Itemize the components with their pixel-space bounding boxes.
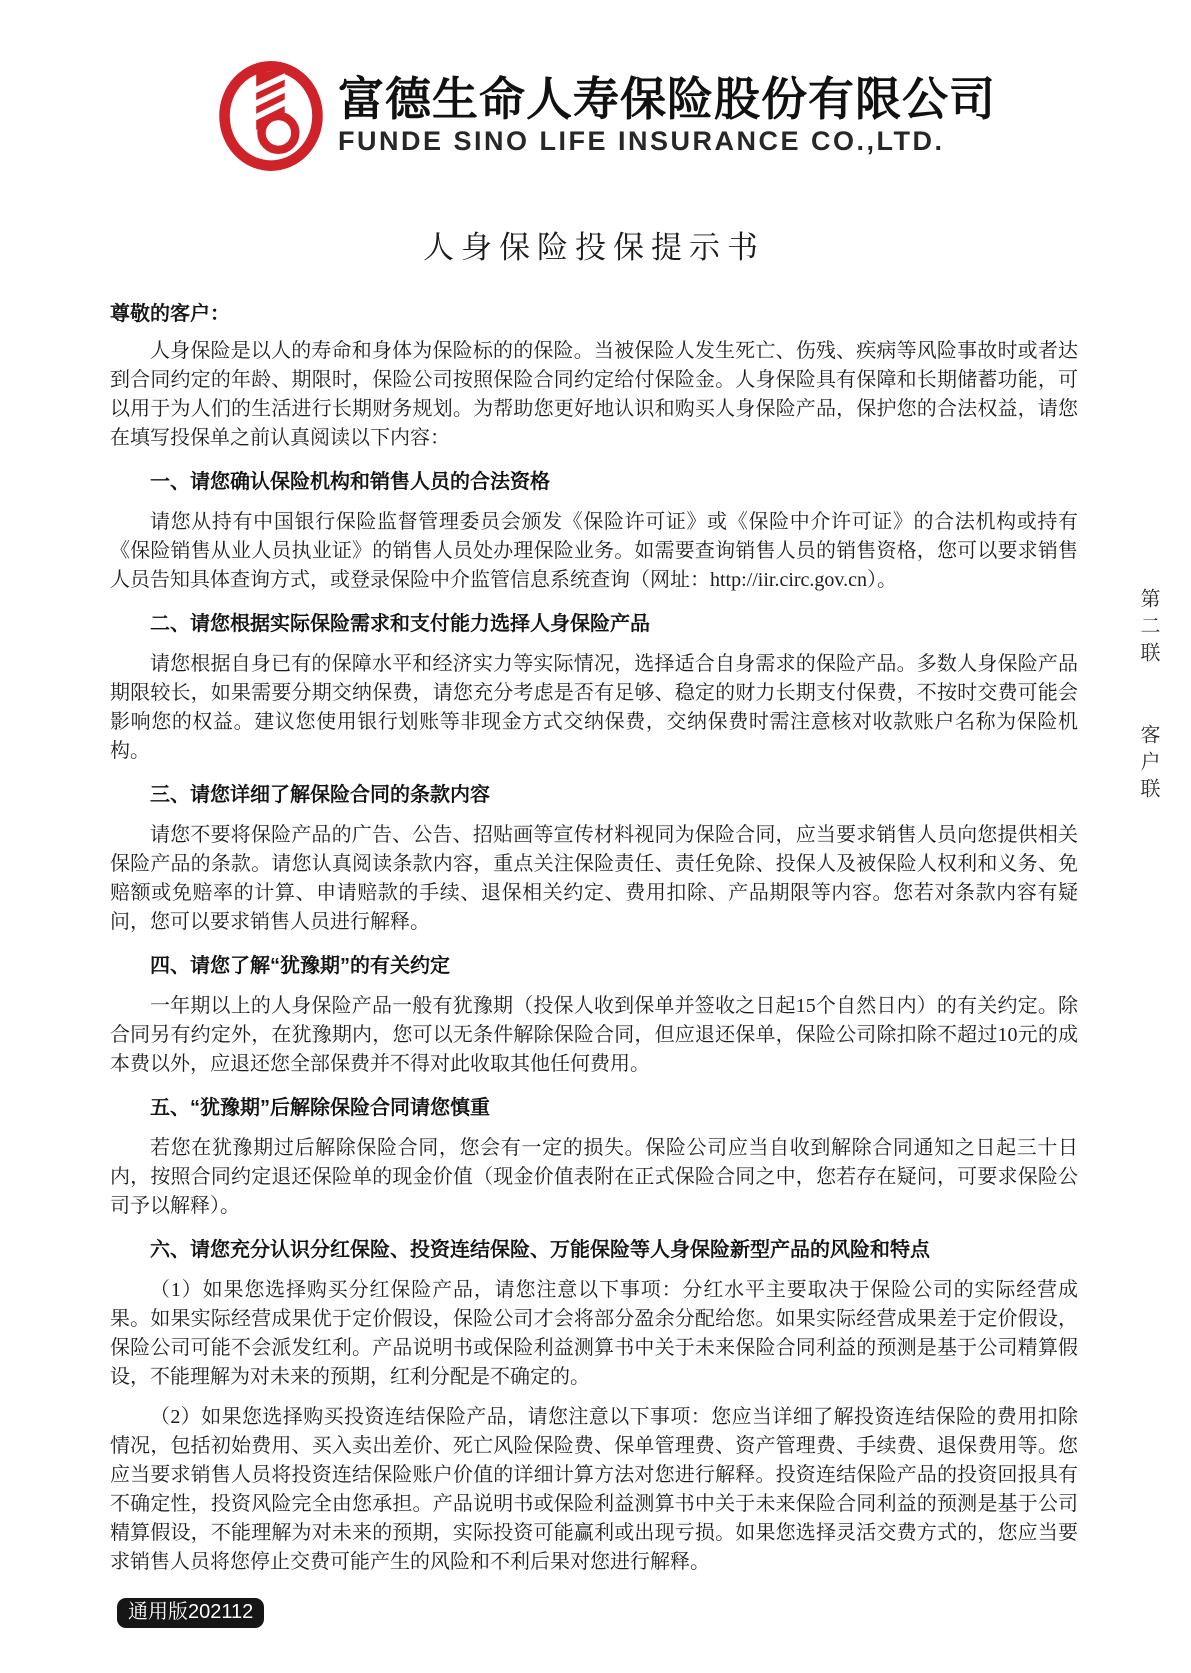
copy-label-part1: 第二联 bbox=[1137, 588, 1159, 669]
intro-paragraph: 人身保险是以人的寿命和身体为保险标的的保险。当被保险人发生死亡、伤残、疾病等风险… bbox=[110, 337, 1078, 453]
section-2-heading: 二、请您根据实际保险需求和支付能力选择人身保险产品 bbox=[110, 610, 1078, 639]
section-6-paragraph-2: （2）如果您选择购买投资连结保险产品，请您注意以下事项：您应当详细了解投资连结保… bbox=[110, 1403, 1078, 1577]
section-1-paragraph: 请您从持有中国银行保险监督管理委员会颁发《保险许可证》或《保险中介许可证》的合法… bbox=[110, 508, 1078, 595]
copy-label-part2: 客户联 bbox=[1137, 724, 1159, 805]
document-title: 人身保险投保提示书 bbox=[110, 222, 1078, 267]
section-4-heading: 四、请您了解“犹豫期”的有关约定 bbox=[110, 952, 1078, 981]
letterhead: 富德生命人寿保险股份有限公司 FUNDE SINO LIFE INSURANCE… bbox=[218, 60, 1078, 172]
funde-sino-life-logo-icon bbox=[218, 60, 324, 172]
section-5-heading: 五、“犹豫期”后解除保险合同请您慎重 bbox=[110, 1094, 1078, 1123]
document-page: { "header": { "logo_icon": "funde-sino-l… bbox=[0, 0, 1191, 1673]
section-3-heading: 三、请您详细了解保险合同的条款内容 bbox=[110, 781, 1078, 810]
section-5-paragraph: 若您在犹豫期过后解除保险合同，您会有一定的损失。保险公司应当自收到解除合同通知之… bbox=[110, 1134, 1078, 1221]
company-names: 富德生命人寿保险股份有限公司 FUNDE SINO LIFE INSURANCE… bbox=[338, 75, 996, 157]
company-name-cn: 富德生命人寿保险股份有限公司 bbox=[338, 75, 996, 126]
copy-label-vertical: 第二联 客户联 bbox=[1134, 588, 1163, 805]
section-3-paragraph: 请您不要将保险产品的广告、公告、招贴画等宣传材料视同为保险合同，应当要求销售人员… bbox=[110, 821, 1078, 937]
company-name-en: FUNDE SINO LIFE INSURANCE CO.,LTD. bbox=[338, 126, 996, 157]
section-1-heading: 一、请您确认保险机构和销售人员的合法资格 bbox=[110, 468, 1078, 497]
page-content: 富德生命人寿保险股份有限公司 FUNDE SINO LIFE INSURANCE… bbox=[110, 0, 1078, 1577]
section-6-paragraph-1: （1）如果您选择购买分红保险产品，请您注意以下事项：分红水平主要取决于保险公司的… bbox=[110, 1276, 1078, 1392]
version-badge: 通用版202112 bbox=[117, 1598, 264, 1628]
section-4-paragraph: 一年期以上的人身保险产品一般有犹豫期（投保人收到保单并签收之日起15个自然日内）… bbox=[110, 992, 1078, 1079]
section-6-heading: 六、请您充分认识分红保险、投资连结保险、万能保险等人身保险新型产品的风险和特点 bbox=[110, 1236, 1078, 1265]
salutation: 尊敬的客户： bbox=[110, 297, 1078, 326]
section-2-paragraph: 请您根据自身已有的保障水平和经济实力等实际情况，选择适合自身需求的保险产品。多数… bbox=[110, 650, 1078, 766]
